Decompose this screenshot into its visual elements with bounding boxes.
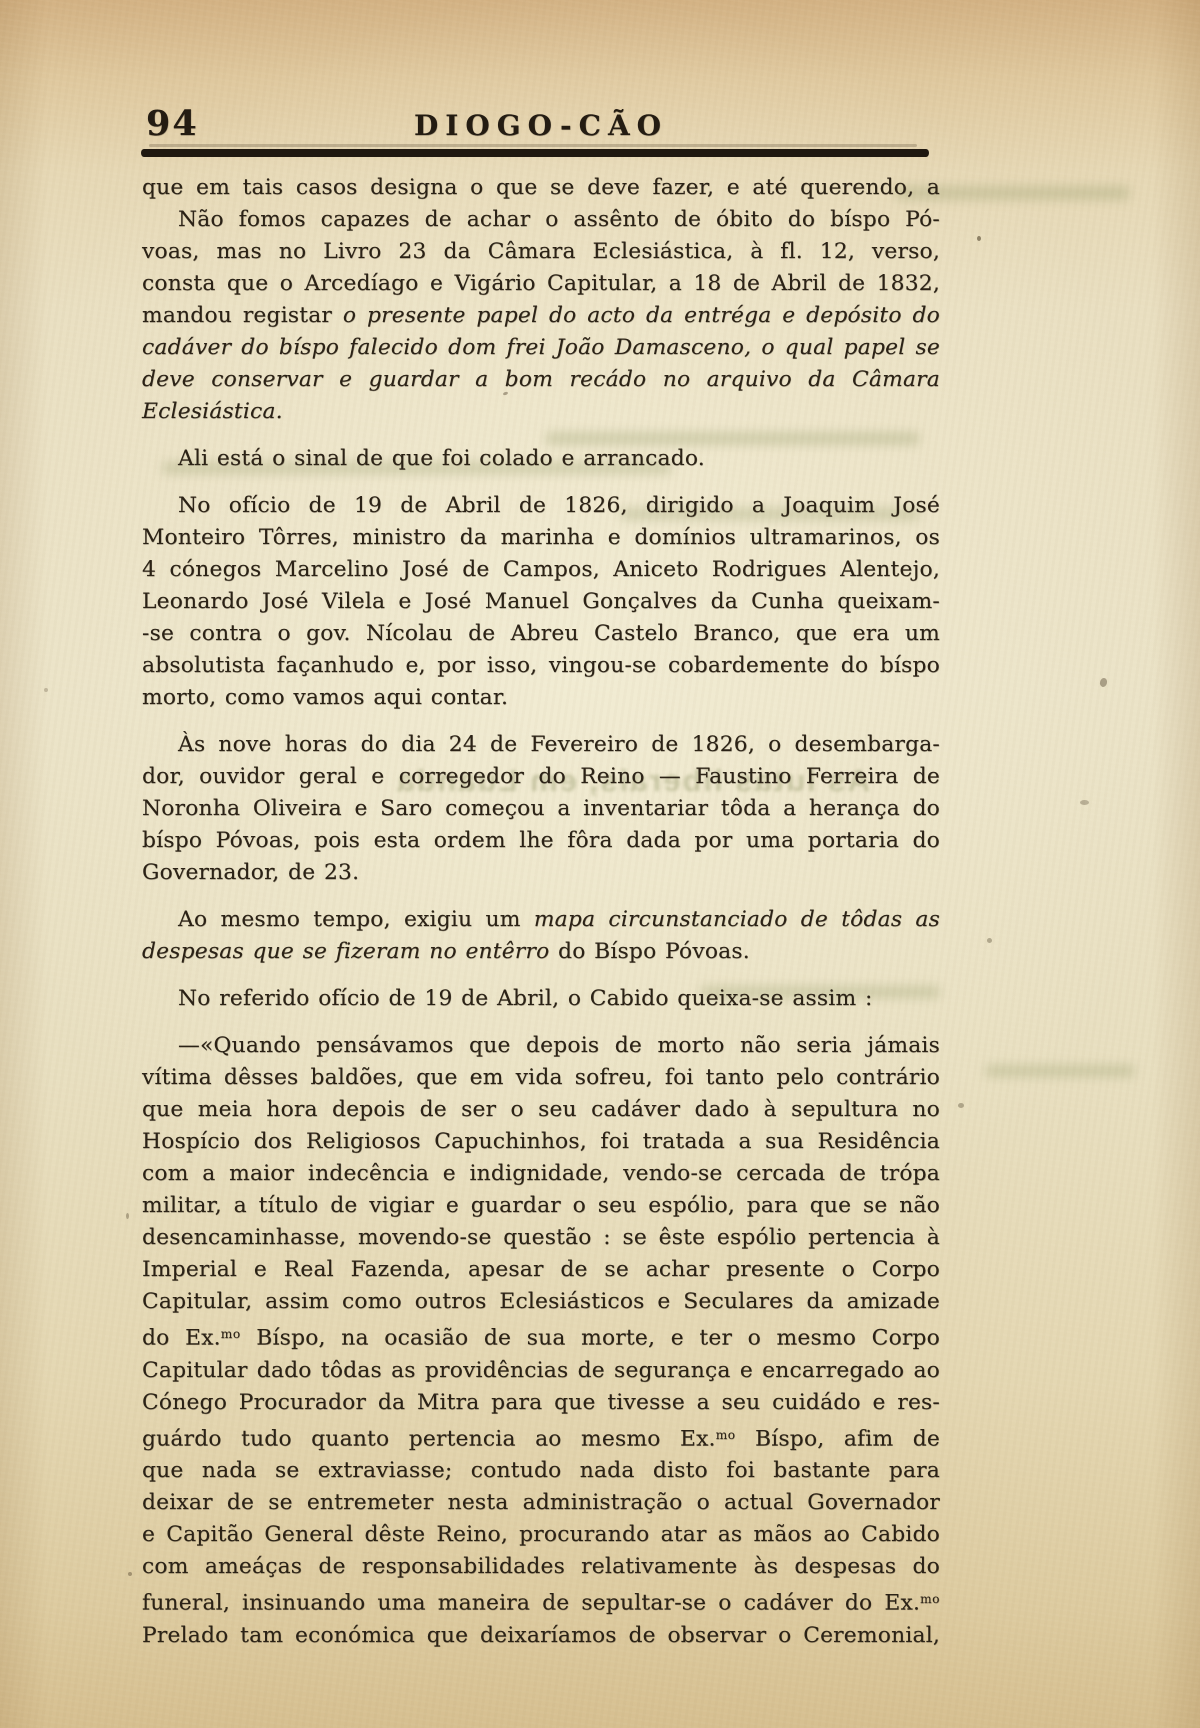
text-segment: Bíspo, afim de bbox=[736, 1426, 940, 1451]
italic-text: cadáver do bíspo falecido dom frei João … bbox=[142, 335, 940, 360]
page-header-title: DIOGO-CÃO bbox=[142, 109, 940, 142]
bleedthrough-streak bbox=[985, 1065, 1135, 1077]
text-segment: mandou registar bbox=[142, 303, 343, 328]
italic-text: mapa circunstanciado de tôdas as bbox=[534, 907, 940, 932]
text-segment: do Bíspo Póvoas. bbox=[549, 939, 749, 964]
text-line: consta que o Arcedíago e Vigário Capitul… bbox=[142, 268, 940, 300]
text-line: do Ex.mo Bíspo, na ocasião de sua morte,… bbox=[142, 1318, 940, 1355]
text-line: deve conservar e guardar a bom recádo no… bbox=[142, 364, 940, 396]
superscript-text: mo bbox=[920, 1592, 940, 1606]
text-segment: dor, ouvidor geral e corregedor do Reino… bbox=[142, 764, 940, 789]
text-line: Não fomos capazes de achar o assênto de … bbox=[142, 204, 940, 236]
ink-speck bbox=[987, 938, 992, 943]
text-segment: consta que o Arcedíago e Vigário Capitul… bbox=[142, 271, 940, 296]
ink-speck bbox=[1080, 800, 1089, 805]
italic-text: o presente papel do acto da entréga e de… bbox=[343, 303, 940, 328]
text-line: que nada se extraviasse; contudo nada di… bbox=[142, 1455, 940, 1487]
header-rule bbox=[141, 149, 929, 157]
text-segment: Às nove horas do dia 24 de Fevereiro de … bbox=[178, 732, 940, 757]
text-line: Capitular, assim como outros Eclesiástic… bbox=[142, 1286, 940, 1318]
text-segment: que nada se extraviasse; contudo nada di… bbox=[142, 1458, 940, 1483]
text-line: Leonardo José Vilela e José Manuel Gonça… bbox=[142, 586, 940, 618]
text-segment: Hospício dos Religiosos Capuchinhos, foi… bbox=[142, 1129, 940, 1154]
italic-text: deve conservar e guardar a bom recádo no… bbox=[142, 367, 940, 392]
ink-speck bbox=[126, 1213, 129, 1219]
text-segment: Capitular, assim como outros Eclesiástic… bbox=[142, 1289, 940, 1314]
text-segment: Imperial e Real Fazenda, apesar de se ac… bbox=[142, 1257, 940, 1282]
text-line: Capitular dado tôdas as providências de … bbox=[142, 1355, 940, 1387]
text-line: Eclesiástica. bbox=[142, 396, 940, 428]
text-segment: bíspo Póvoas, pois esta ordem lhe fôra d… bbox=[142, 828, 940, 853]
text-line: desencaminhasse, movendo-se questão : se… bbox=[142, 1222, 940, 1254]
text-line: Prelado tam económica que deixaríamos de… bbox=[142, 1620, 940, 1652]
text-line: mandou registar o presente papel do acto… bbox=[142, 300, 940, 332]
ink-speck bbox=[128, 1572, 132, 1576]
text-segment: Ali está o sinal de que foi colado e arr… bbox=[178, 446, 705, 471]
text-line: Imperial e Real Fazenda, apesar de se ac… bbox=[142, 1254, 940, 1286]
page-text: que em tais casos designa o que se deve … bbox=[142, 172, 940, 1652]
text-segment: e Capitão General dêste Reino, procurand… bbox=[142, 1522, 940, 1547]
italic-text: Eclesiástica. bbox=[142, 399, 283, 424]
text-line: Ali está o sinal de que foi colado e arr… bbox=[142, 443, 940, 475]
text-segment: desencaminhasse, movendo-se questão : se… bbox=[142, 1225, 940, 1250]
text-line: Monteiro Tôrres, ministro da marinha e d… bbox=[142, 522, 940, 554]
text-line: cadáver do bíspo falecido dom frei João … bbox=[142, 332, 940, 364]
text-segment: Capitular dado tôdas as providências de … bbox=[142, 1358, 940, 1383]
text-segment: Ao mesmo tempo, exigiu um bbox=[178, 907, 534, 932]
text-line: dor, ouvidor geral e corregedor do Reino… bbox=[142, 761, 940, 793]
text-line: -se contra o gov. Nícolau de Abreu Caste… bbox=[142, 618, 940, 650]
text-line: No referido ofício de 19 de Abril, o Cab… bbox=[142, 983, 940, 1015]
text-line: voas, mas no Livro 23 da Câmara Eclesiás… bbox=[142, 236, 940, 268]
text-line: com ameáças de responsabilidades relativ… bbox=[142, 1551, 940, 1583]
text-segment: Governador, de 23. bbox=[142, 860, 359, 885]
text-segment: Não fomos capazes de achar o assênto de … bbox=[178, 207, 940, 232]
text-segment: vítima dêsses baldões, que em vida sofre… bbox=[142, 1065, 940, 1090]
text-segment: que meia hora depois de ser o seu cadáve… bbox=[142, 1097, 940, 1122]
text-segment: 4 cónegos Marcelino José de Campos, Anic… bbox=[142, 557, 940, 582]
text-segment: absolutista façanhudo e, por isso, vingo… bbox=[142, 653, 940, 678]
ink-speck bbox=[1099, 677, 1108, 688]
text-line: e Capitão General dêste Reino, procurand… bbox=[142, 1519, 940, 1551]
text-line: bíspo Póvoas, pois esta ordem lhe fôra d… bbox=[142, 825, 940, 857]
text-line: com a maior indecência e indignidade, ve… bbox=[142, 1158, 940, 1190]
superscript-text: mo bbox=[716, 1428, 736, 1442]
text-line: Às nove horas do dia 24 de Fevereiro de … bbox=[142, 729, 940, 761]
book-page: As lutas liberais, em Luanda 94 DIOGO-CÃ… bbox=[0, 0, 1200, 1728]
text-segment: com a maior indecência e indignidade, ve… bbox=[142, 1161, 940, 1186]
text-segment: morto, como vamos aqui contar. bbox=[142, 685, 508, 710]
text-segment: —«Quando pensávamos que depois de morto … bbox=[178, 1033, 940, 1058]
text-line: morto, como vamos aqui contar. bbox=[142, 682, 940, 714]
text-segment: -se contra o gov. Nícolau de Abreu Caste… bbox=[142, 621, 940, 646]
text-line: Governador, de 23. bbox=[142, 857, 940, 889]
text-segment: deixar de se entremeter nesta administra… bbox=[142, 1490, 940, 1515]
text-segment: militar, a título de vigiar e guardar o … bbox=[142, 1193, 940, 1218]
text-line: absolutista façanhudo e, por isso, vingo… bbox=[142, 650, 940, 682]
ink-speck bbox=[958, 1103, 964, 1108]
text-line: guárdo tudo quanto pertencia ao mesmo Ex… bbox=[142, 1419, 940, 1456]
text-line: funeral, insinuando uma maneira de sepul… bbox=[142, 1583, 940, 1620]
text-segment: Bíspo, na ocasião de sua morte, e ter o … bbox=[241, 1326, 940, 1351]
text-line: Noronha Oliveira e Saro começou a invent… bbox=[142, 793, 940, 825]
italic-text: despesas que se fizeram no entêrro bbox=[142, 939, 549, 964]
text-segment: voas, mas no Livro 23 da Câmara Eclesiás… bbox=[142, 239, 940, 264]
text-line: que meia hora depois de ser o seu cadáve… bbox=[142, 1094, 940, 1126]
text-segment: No ofício de 19 de Abril de 1826, dirigi… bbox=[178, 493, 940, 518]
text-segment: guárdo tudo quanto pertencia ao mesmo Ex… bbox=[142, 1426, 716, 1451]
text-segment: do Ex. bbox=[142, 1326, 221, 1351]
text-line: No ofício de 19 de Abril de 1826, dirigi… bbox=[142, 490, 940, 522]
superscript-text: mo bbox=[221, 1327, 241, 1341]
text-segment: Monteiro Tôrres, ministro da marinha e d… bbox=[142, 525, 940, 550]
text-segment: Leonardo José Vilela e José Manuel Gonça… bbox=[142, 589, 940, 614]
text-segment: Cónego Procurador da Mitra para que tive… bbox=[142, 1390, 940, 1415]
text-segment: que em tais casos designa o que se deve … bbox=[142, 175, 940, 200]
ink-speck bbox=[44, 688, 48, 692]
ink-speck bbox=[977, 236, 981, 241]
text-line: vítima dêsses baldões, que em vida sofre… bbox=[142, 1062, 940, 1094]
text-line: deixar de se entremeter nesta administra… bbox=[142, 1487, 940, 1519]
text-line: que em tais casos designa o que se deve … bbox=[142, 172, 940, 204]
text-segment: funeral, insinuando uma maneira de sepul… bbox=[142, 1591, 920, 1616]
text-line: despesas que se fizeram no entêrro do Bí… bbox=[142, 936, 940, 968]
text-segment: Prelado tam económica que deixaríamos de… bbox=[142, 1623, 940, 1648]
text-line: Ao mesmo tempo, exigiu um mapa circunsta… bbox=[142, 904, 940, 936]
text-line: Cónego Procurador da Mitra para que tive… bbox=[142, 1387, 940, 1419]
text-line: militar, a título de vigiar e guardar o … bbox=[142, 1190, 940, 1222]
text-segment: com ameáças de responsabilidades relativ… bbox=[142, 1554, 940, 1579]
text-line: Hospício dos Religiosos Capuchinhos, foi… bbox=[142, 1126, 940, 1158]
text-line: —«Quando pensávamos que depois de morto … bbox=[142, 1030, 940, 1062]
text-segment: No referido ofício de 19 de Abril, o Cab… bbox=[178, 986, 873, 1011]
text-line: 4 cónegos Marcelino José de Campos, Anic… bbox=[142, 554, 940, 586]
text-segment: Noronha Oliveira e Saro começou a invent… bbox=[142, 796, 940, 821]
